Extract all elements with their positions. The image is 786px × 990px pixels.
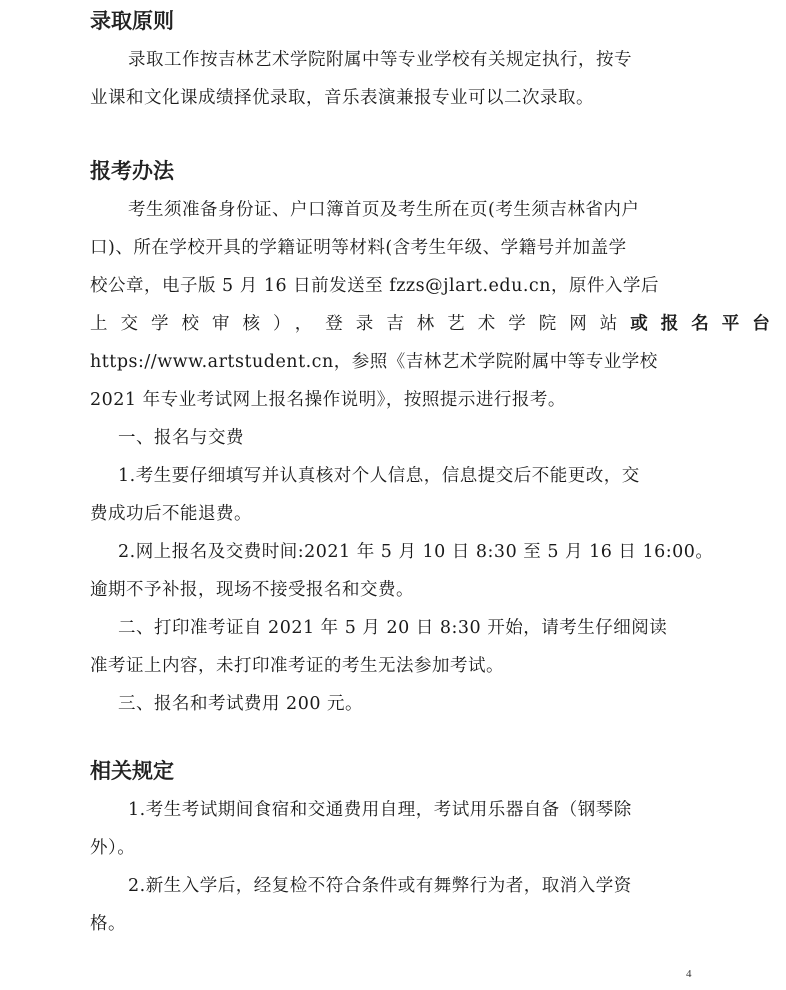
page-number: 4 — [686, 968, 692, 980]
paragraph-line: 考生须准备身份证、户口簿首页及考生所在页(考生须吉林省内户 — [128, 196, 639, 224]
list-item-heading: 三、报名和考试费用 200 元。 — [118, 690, 363, 718]
paragraph-line: 录取工作按吉林艺术学院附属中等专业学校有关规定执行，按专 — [128, 46, 632, 74]
list-item: 逾期不予补报，现场不接受报名和交费。 — [90, 576, 414, 604]
list-item: 2.网上报名及交费时间:2021 年 5 月 10 日 8:30 至 5 月 1… — [118, 538, 713, 566]
section-title-admission: 录取原则 — [90, 6, 174, 36]
list-item-heading: 二、打印准考证自 2021 年 5 月 20 日 8:30 开始，请考生仔细阅读 — [118, 614, 667, 642]
paragraph-line: 2.新生入学后，经复检不符合条件或有舞弊行为者，取消入学资 — [128, 872, 632, 900]
paragraph-line: 校公章，电子版 5 月 16 日前发送至 fzzs@jlart.edu.cn，原… — [90, 272, 659, 300]
paragraph-line: https://www.artstudent.cn，参照《吉林艺术学院附属中等专… — [90, 348, 658, 376]
paragraph-line: 1.考生考试期间食宿和交通费用自理，考试用乐器自备（钢琴除 — [128, 796, 632, 824]
paragraph-line: 2021 年专业考试网上报名操作说明》，按照提示进行报考。 — [90, 386, 566, 414]
paragraph-line: 上交学校审核），登录吉林艺术学院网站或报名平台 — [90, 310, 690, 338]
section-title-rules: 相关规定 — [90, 756, 174, 786]
paragraph-line: 业课和文化课成绩择优录取，音乐表演兼报专业可以二次录取。 — [90, 84, 594, 112]
paragraph-line: 外）。 — [90, 834, 135, 862]
paragraph-line: 口)、所在学校开具的学籍证明等材料(含考生年级、学籍号并加盖学 — [90, 234, 627, 262]
paragraph-text: 上交学校审核），登录吉林艺术学院网站 — [90, 314, 630, 334]
list-item: 准考证上内容，未打印准考证的考生无法参加考试。 — [90, 652, 504, 680]
list-item: 费成功后不能退费。 — [90, 500, 252, 528]
paragraph-line: 格。 — [90, 910, 126, 938]
list-item: 1.考生要仔细填写并认真核对个人信息，信息提交后不能更改，交 — [118, 462, 640, 490]
list-item-heading: 一、报名与交费 — [118, 424, 244, 452]
bold-text: 或报名平台 — [630, 314, 783, 334]
section-title-registration: 报考办法 — [90, 156, 174, 186]
